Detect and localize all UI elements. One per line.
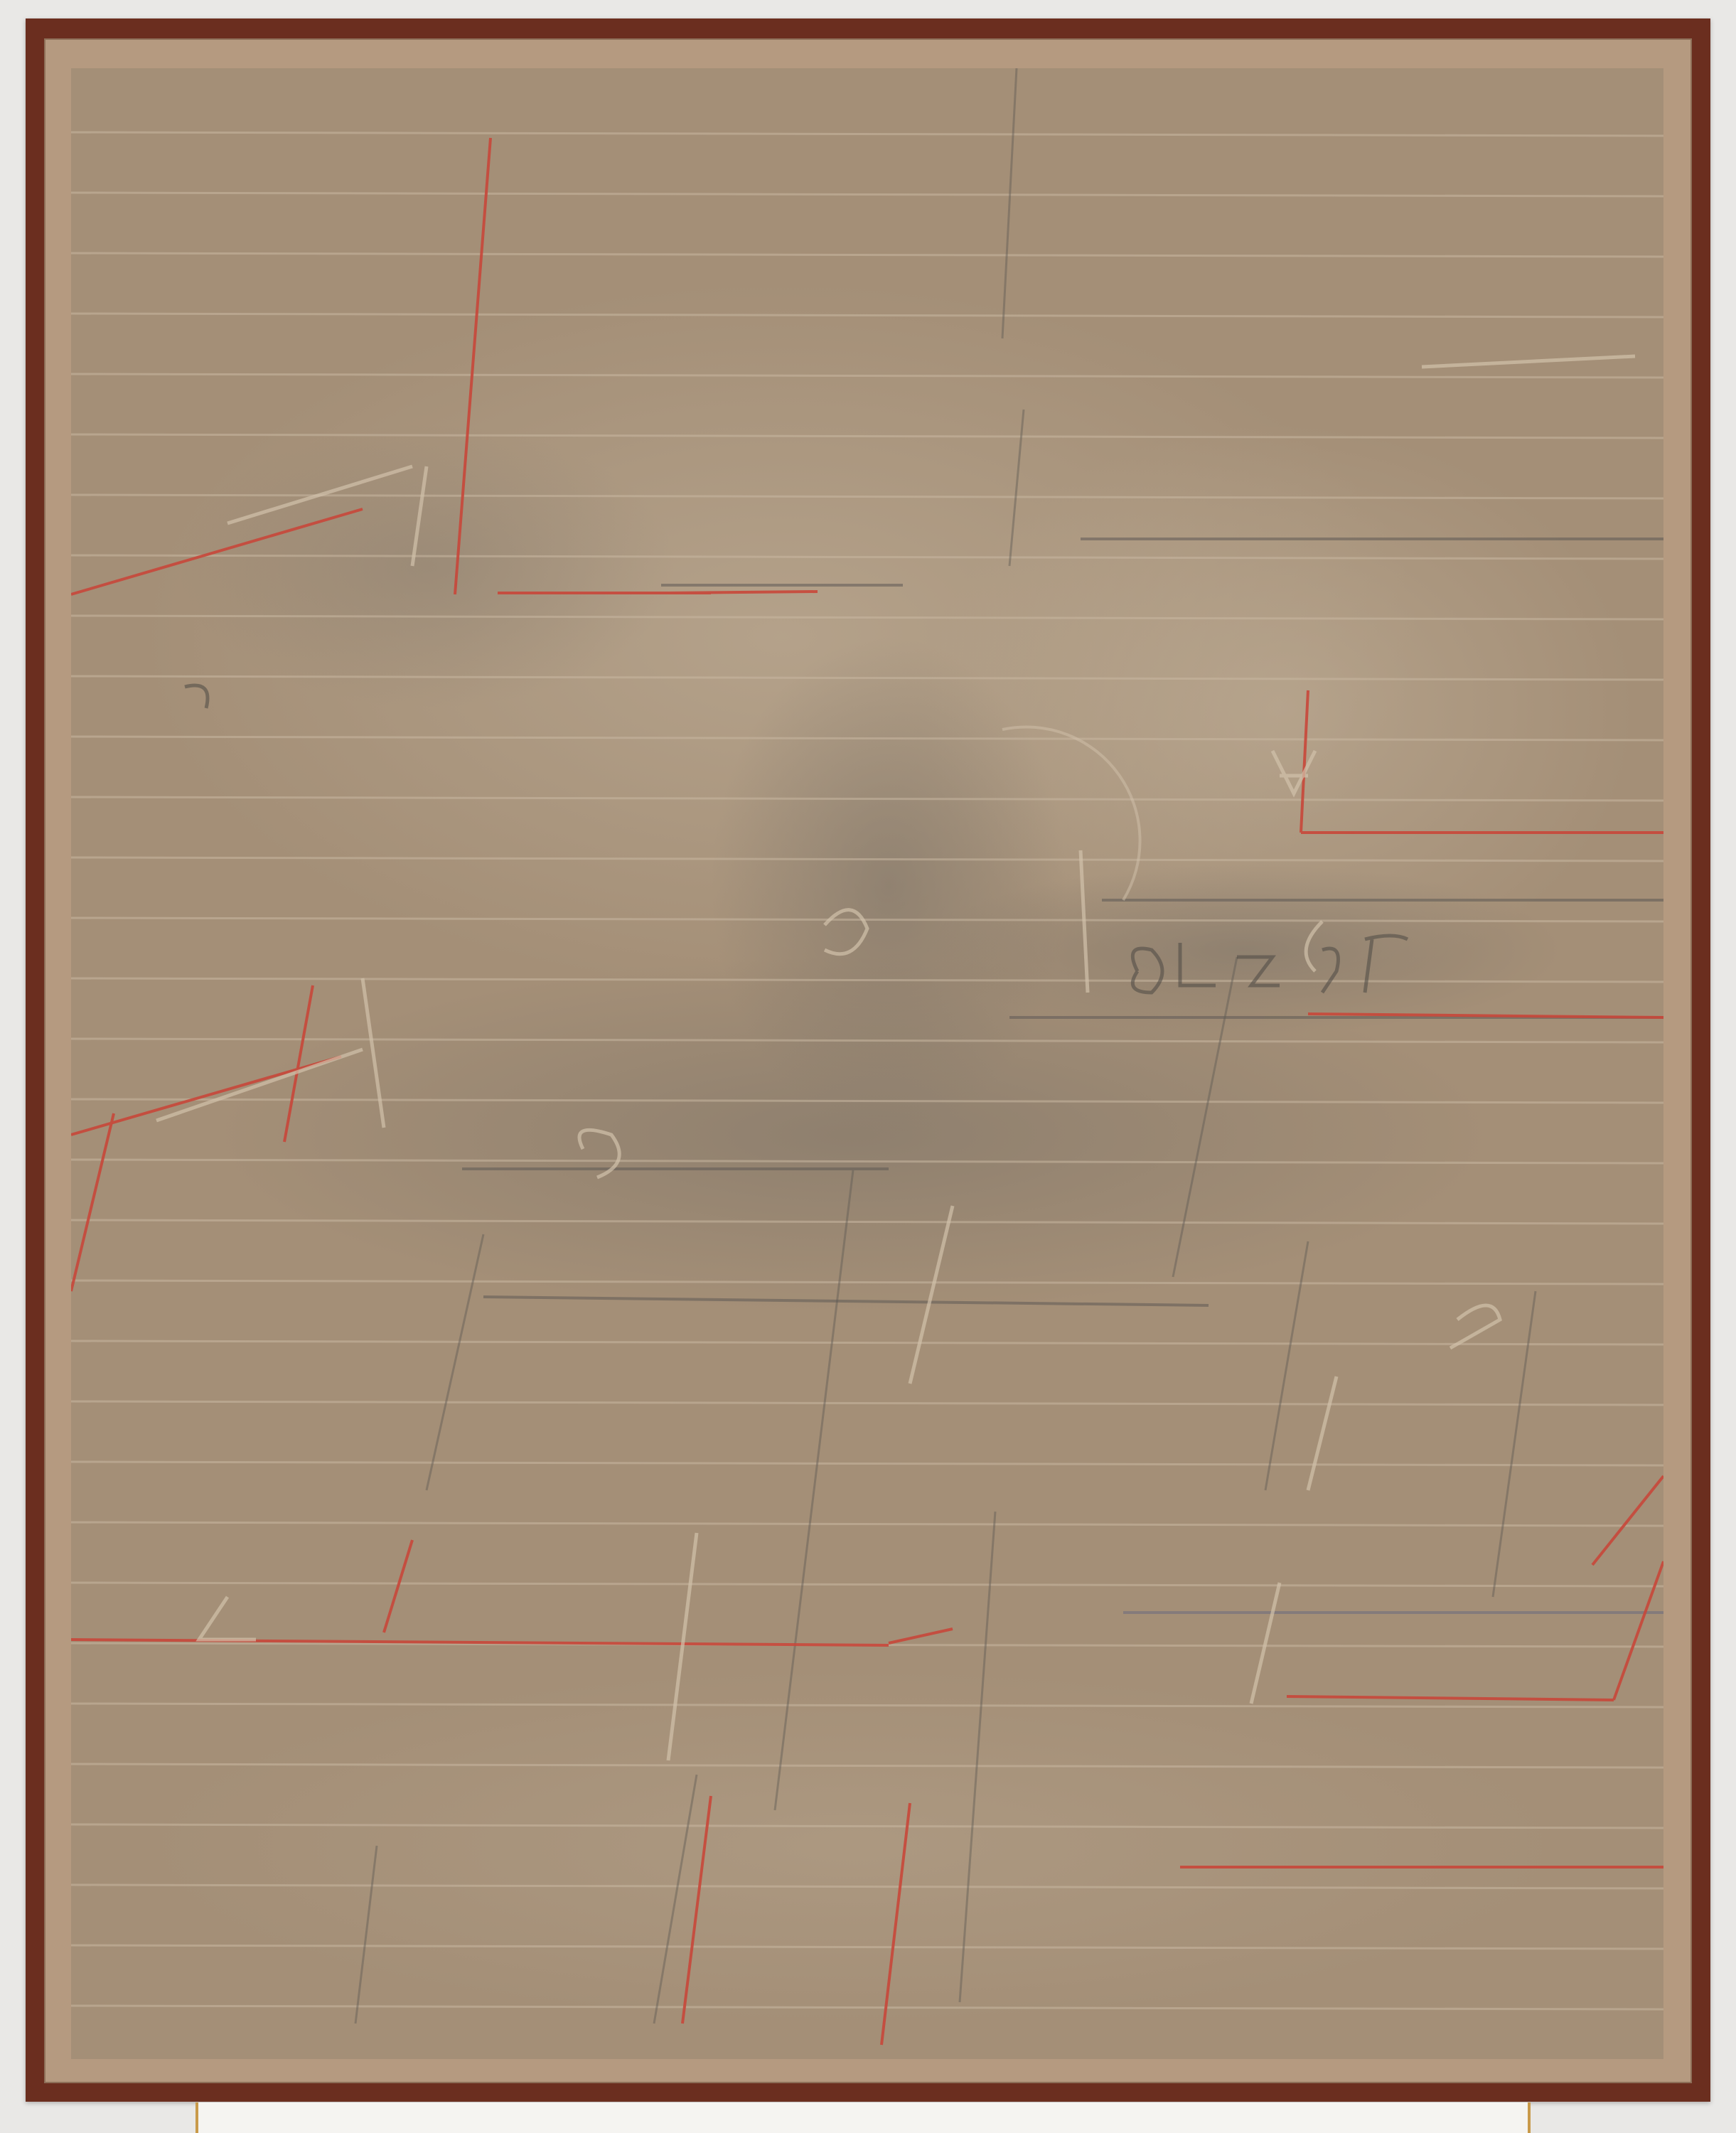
painting-marks — [71, 68, 1663, 2059]
display-stand — [195, 2102, 1531, 2133]
painting-canvas — [71, 68, 1663, 2059]
